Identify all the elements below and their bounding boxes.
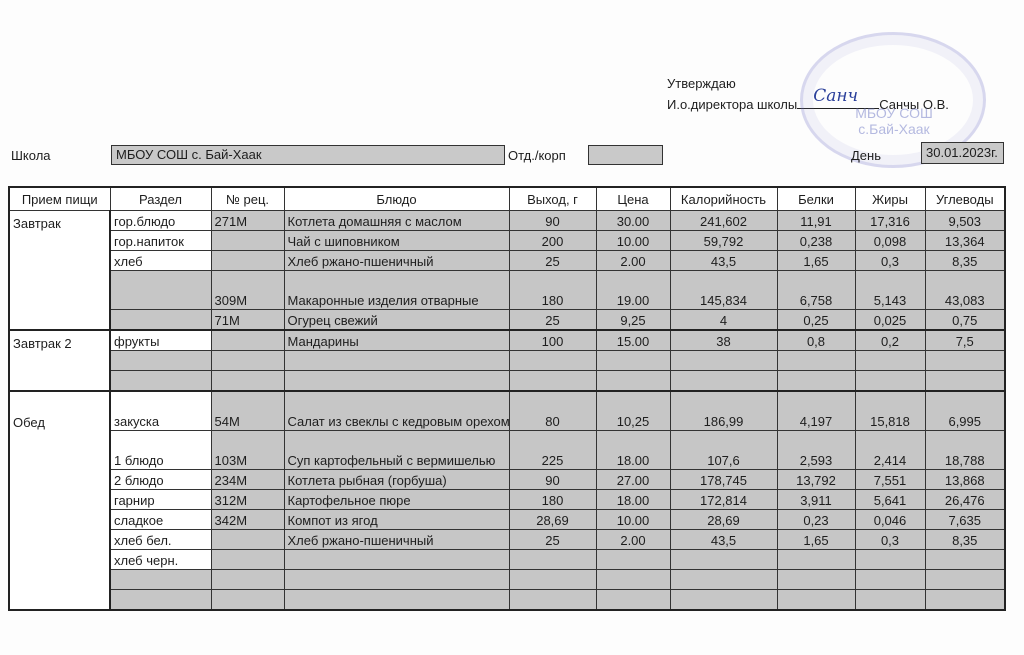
- price-cell: [596, 570, 670, 590]
- recipe-cell: 312М: [211, 490, 284, 510]
- yield-cell: 28,69: [509, 510, 596, 530]
- school-label: Школа: [11, 148, 51, 163]
- yield-cell: 25: [509, 251, 596, 271]
- dish-cell: Котлета рыбная (горбуша): [284, 470, 509, 490]
- protein-cell: 2,593: [777, 431, 855, 470]
- yield-cell: 25: [509, 530, 596, 550]
- fat-cell: [855, 550, 925, 570]
- yield-cell: 90: [509, 470, 596, 490]
- table-row: хлебХлеб ржано-пшеничный252.0043,51,650,…: [9, 251, 1005, 271]
- col-price: Цена: [596, 187, 670, 211]
- dish-cell: Котлета домашняя с маслом: [284, 211, 509, 231]
- col-carbs: Углеводы: [925, 187, 1005, 211]
- table-row: 309ММакаронные изделия отварные18019.001…: [9, 271, 1005, 310]
- yield-cell: 80: [509, 391, 596, 431]
- dish-cell: [284, 570, 509, 590]
- protein-cell: 13,792: [777, 470, 855, 490]
- price-cell: [596, 371, 670, 392]
- price-cell: 18.00: [596, 490, 670, 510]
- table-row: [9, 371, 1005, 392]
- fat-cell: 0,2: [855, 330, 925, 351]
- section-cell: хлеб: [110, 251, 211, 271]
- carbs-cell: 8,35: [925, 251, 1005, 271]
- kcal-cell: 4: [670, 310, 777, 331]
- yield-cell: 180: [509, 271, 596, 310]
- kcal-cell: 145,834: [670, 271, 777, 310]
- kcal-cell: [670, 371, 777, 392]
- fat-cell: [855, 371, 925, 392]
- section-cell: гор.блюдо: [110, 211, 211, 231]
- price-cell: 2.00: [596, 251, 670, 271]
- col-section: Раздел: [110, 187, 211, 211]
- table-row: Завтракгор.блюдо271МКотлета домашняя с м…: [9, 211, 1005, 231]
- carbs-cell: 7,5: [925, 330, 1005, 351]
- fat-cell: 7,551: [855, 470, 925, 490]
- dish-cell: Огурец свежий: [284, 310, 509, 331]
- section-cell: хлеб черн.: [110, 550, 211, 570]
- protein-cell: [777, 570, 855, 590]
- kcal-cell: 241,602: [670, 211, 777, 231]
- section-cell: 1 блюдо: [110, 431, 211, 470]
- section-cell: закуска: [110, 391, 211, 431]
- carbs-cell: [925, 550, 1005, 570]
- dish-cell: Картофельное пюре: [284, 490, 509, 510]
- price-cell: 10.00: [596, 510, 670, 530]
- stamp-line-1: МБОУ СОШ: [829, 105, 959, 121]
- table-row: гор.напитокЧай с шиповником20010.0059,79…: [9, 231, 1005, 251]
- carbs-cell: 9,503: [925, 211, 1005, 231]
- recipe-cell: [211, 590, 284, 611]
- protein-cell: 0,8: [777, 330, 855, 351]
- carbs-cell: [925, 371, 1005, 392]
- price-cell: 19.00: [596, 271, 670, 310]
- stamp-line-2: с.Бай-Хаак: [829, 121, 959, 137]
- price-cell: [596, 550, 670, 570]
- recipe-cell: 54М: [211, 391, 284, 431]
- meal-cell: Обед: [9, 391, 110, 610]
- table-row: Завтрак 2фруктыМандарины10015.00380,80,2…: [9, 330, 1005, 351]
- price-cell: 10.00: [596, 231, 670, 251]
- dish-cell: Мандарины: [284, 330, 509, 351]
- kcal-cell: [670, 550, 777, 570]
- dish-cell: [284, 371, 509, 392]
- price-cell: 18.00: [596, 431, 670, 470]
- fat-cell: [855, 590, 925, 611]
- table-row: хлеб черн.: [9, 550, 1005, 570]
- col-fat: Жиры: [855, 187, 925, 211]
- meal-cell: Завтрак: [9, 211, 110, 331]
- section-cell: [110, 570, 211, 590]
- yield-cell: 100: [509, 330, 596, 351]
- price-cell: [596, 590, 670, 611]
- dish-cell: Чай с шиповником: [284, 231, 509, 251]
- fat-cell: 0,098: [855, 231, 925, 251]
- table-row: Обедзакуска54МСалат из свеклы с кедровым…: [9, 391, 1005, 431]
- col-protein: Белки: [777, 187, 855, 211]
- day-label: День: [851, 148, 881, 163]
- fat-cell: 2,414: [855, 431, 925, 470]
- col-dish: Блюдо: [284, 187, 509, 211]
- carbs-cell: [925, 351, 1005, 371]
- yield-cell: 200: [509, 231, 596, 251]
- recipe-cell: [211, 550, 284, 570]
- recipe-cell: [211, 231, 284, 251]
- recipe-cell: 71М: [211, 310, 284, 331]
- recipe-cell: [211, 330, 284, 351]
- section-cell: [110, 590, 211, 611]
- kcal-cell: 28,69: [670, 510, 777, 530]
- protein-cell: [777, 550, 855, 570]
- day-field[interactable]: 30.01.2023г.: [921, 142, 1004, 164]
- section-cell: хлеб бел.: [110, 530, 211, 550]
- table-row: [9, 590, 1005, 611]
- protein-cell: [777, 590, 855, 611]
- carbs-cell: 8,35: [925, 530, 1005, 550]
- kcal-cell: 186,99: [670, 391, 777, 431]
- section-cell: фрукты: [110, 330, 211, 351]
- section-cell: [110, 371, 211, 392]
- col-meal: Прием пищи: [9, 187, 110, 211]
- carbs-cell: 43,083: [925, 271, 1005, 310]
- recipe-cell: 103М: [211, 431, 284, 470]
- table-row: гарнир312МКартофельное пюре18018.00172,8…: [9, 490, 1005, 510]
- kcal-cell: 38: [670, 330, 777, 351]
- protein-cell: 11,91: [777, 211, 855, 231]
- dish-cell: Компот из ягод: [284, 510, 509, 530]
- carbs-cell: 7,635: [925, 510, 1005, 530]
- fat-cell: 0,046: [855, 510, 925, 530]
- fat-cell: 5,143: [855, 271, 925, 310]
- table-row: 71МОгурец свежий259,2540,250,0250,75: [9, 310, 1005, 331]
- carbs-cell: 13,364: [925, 231, 1005, 251]
- recipe-cell: [211, 371, 284, 392]
- recipe-cell: 271М: [211, 211, 284, 231]
- section-cell: гарнир: [110, 490, 211, 510]
- dish-cell: Хлеб ржано-пшеничный: [284, 530, 509, 550]
- price-cell: 2.00: [596, 530, 670, 550]
- kcal-cell: [670, 351, 777, 371]
- protein-cell: 0,23: [777, 510, 855, 530]
- dish-cell: [284, 550, 509, 570]
- col-recipe: № рец.: [211, 187, 284, 211]
- carbs-cell: 26,476: [925, 490, 1005, 510]
- table-row: 2 блюдо234МКотлета рыбная (горбуша)9027.…: [9, 470, 1005, 490]
- carbs-cell: [925, 590, 1005, 611]
- recipe-cell: [211, 351, 284, 371]
- carbs-cell: 13,868: [925, 470, 1005, 490]
- section-cell: сладкое: [110, 510, 211, 530]
- protein-cell: [777, 371, 855, 392]
- price-cell: 30.00: [596, 211, 670, 231]
- fat-cell: 17,316: [855, 211, 925, 231]
- fat-cell: 15,818: [855, 391, 925, 431]
- section-cell: [110, 351, 211, 371]
- price-cell: [596, 351, 670, 371]
- recipe-cell: [211, 251, 284, 271]
- carbs-cell: [925, 570, 1005, 590]
- price-cell: 15.00: [596, 330, 670, 351]
- section-cell: [110, 310, 211, 331]
- kcal-cell: [670, 570, 777, 590]
- fat-cell: [855, 351, 925, 371]
- kcal-cell: 178,745: [670, 470, 777, 490]
- protein-cell: [777, 351, 855, 371]
- menu-body: Завтракгор.блюдо271МКотлета домашняя с м…: [9, 211, 1005, 611]
- section-cell: [110, 271, 211, 310]
- kcal-cell: 107,6: [670, 431, 777, 470]
- approver-position: И.о.директора школы: [667, 97, 797, 112]
- recipe-cell: 342М: [211, 510, 284, 530]
- kcal-cell: 43,5: [670, 251, 777, 271]
- fat-cell: 0,3: [855, 530, 925, 550]
- yield-cell: [509, 371, 596, 392]
- protein-cell: 1,65: [777, 530, 855, 550]
- fat-cell: [855, 570, 925, 590]
- yield-cell: 225: [509, 431, 596, 470]
- dish-cell: [284, 590, 509, 611]
- protein-cell: 1,65: [777, 251, 855, 271]
- kcal-cell: [670, 590, 777, 611]
- fat-cell: 5,641: [855, 490, 925, 510]
- col-yield: Выход, г: [509, 187, 596, 211]
- menu-table: Прием пищи Раздел № рец. Блюдо Выход, г …: [8, 186, 1006, 611]
- fat-cell: 0,025: [855, 310, 925, 331]
- table-row: [9, 351, 1005, 371]
- table-row: хлеб бел.Хлеб ржано-пшеничный252.0043,51…: [9, 530, 1005, 550]
- dept-field[interactable]: [588, 145, 663, 165]
- protein-cell: 0,25: [777, 310, 855, 331]
- yield-cell: 90: [509, 211, 596, 231]
- dept-label: Отд./корп: [508, 148, 566, 163]
- protein-cell: 3,911: [777, 490, 855, 510]
- yield-cell: 25: [509, 310, 596, 331]
- yield-cell: 180: [509, 490, 596, 510]
- price-cell: 9,25: [596, 310, 670, 331]
- yield-cell: [509, 590, 596, 611]
- recipe-cell: [211, 570, 284, 590]
- protein-cell: 6,758: [777, 271, 855, 310]
- section-cell: гор.напиток: [110, 231, 211, 251]
- yield-cell: [509, 570, 596, 590]
- carbs-cell: 18,788: [925, 431, 1005, 470]
- dish-cell: [284, 351, 509, 371]
- recipe-cell: [211, 530, 284, 550]
- price-cell: 27.00: [596, 470, 670, 490]
- table-row: [9, 570, 1005, 590]
- col-kcal: Калорийность: [670, 187, 777, 211]
- kcal-cell: 59,792: [670, 231, 777, 251]
- kcal-cell: 43,5: [670, 530, 777, 550]
- fat-cell: 0,3: [855, 251, 925, 271]
- table-header-row: Прием пищи Раздел № рец. Блюдо Выход, г …: [9, 187, 1005, 211]
- kcal-cell: 172,814: [670, 490, 777, 510]
- carbs-cell: 0,75: [925, 310, 1005, 331]
- dish-cell: Салат из свеклы с кедровым орехом: [284, 391, 509, 431]
- school-field[interactable]: МБОУ СОШ с. Бай-Хаак: [111, 145, 505, 165]
- recipe-cell: 234М: [211, 470, 284, 490]
- price-cell: 10,25: [596, 391, 670, 431]
- dish-cell: Хлеб ржано-пшеничный: [284, 251, 509, 271]
- yield-cell: [509, 351, 596, 371]
- dish-cell: Суп картофельный с вермишелью: [284, 431, 509, 470]
- carbs-cell: 6,995: [925, 391, 1005, 431]
- meal-cell: Завтрак 2: [9, 330, 110, 391]
- section-cell: 2 блюдо: [110, 470, 211, 490]
- table-row: сладкое342МКомпот из ягод28,6910.0028,69…: [9, 510, 1005, 530]
- yield-cell: [509, 550, 596, 570]
- protein-cell: 0,238: [777, 231, 855, 251]
- recipe-cell: 309М: [211, 271, 284, 310]
- dish-cell: Макаронные изделия отварные: [284, 271, 509, 310]
- table-row: 1 блюдо103МСуп картофельный с вермишелью…: [9, 431, 1005, 470]
- protein-cell: 4,197: [777, 391, 855, 431]
